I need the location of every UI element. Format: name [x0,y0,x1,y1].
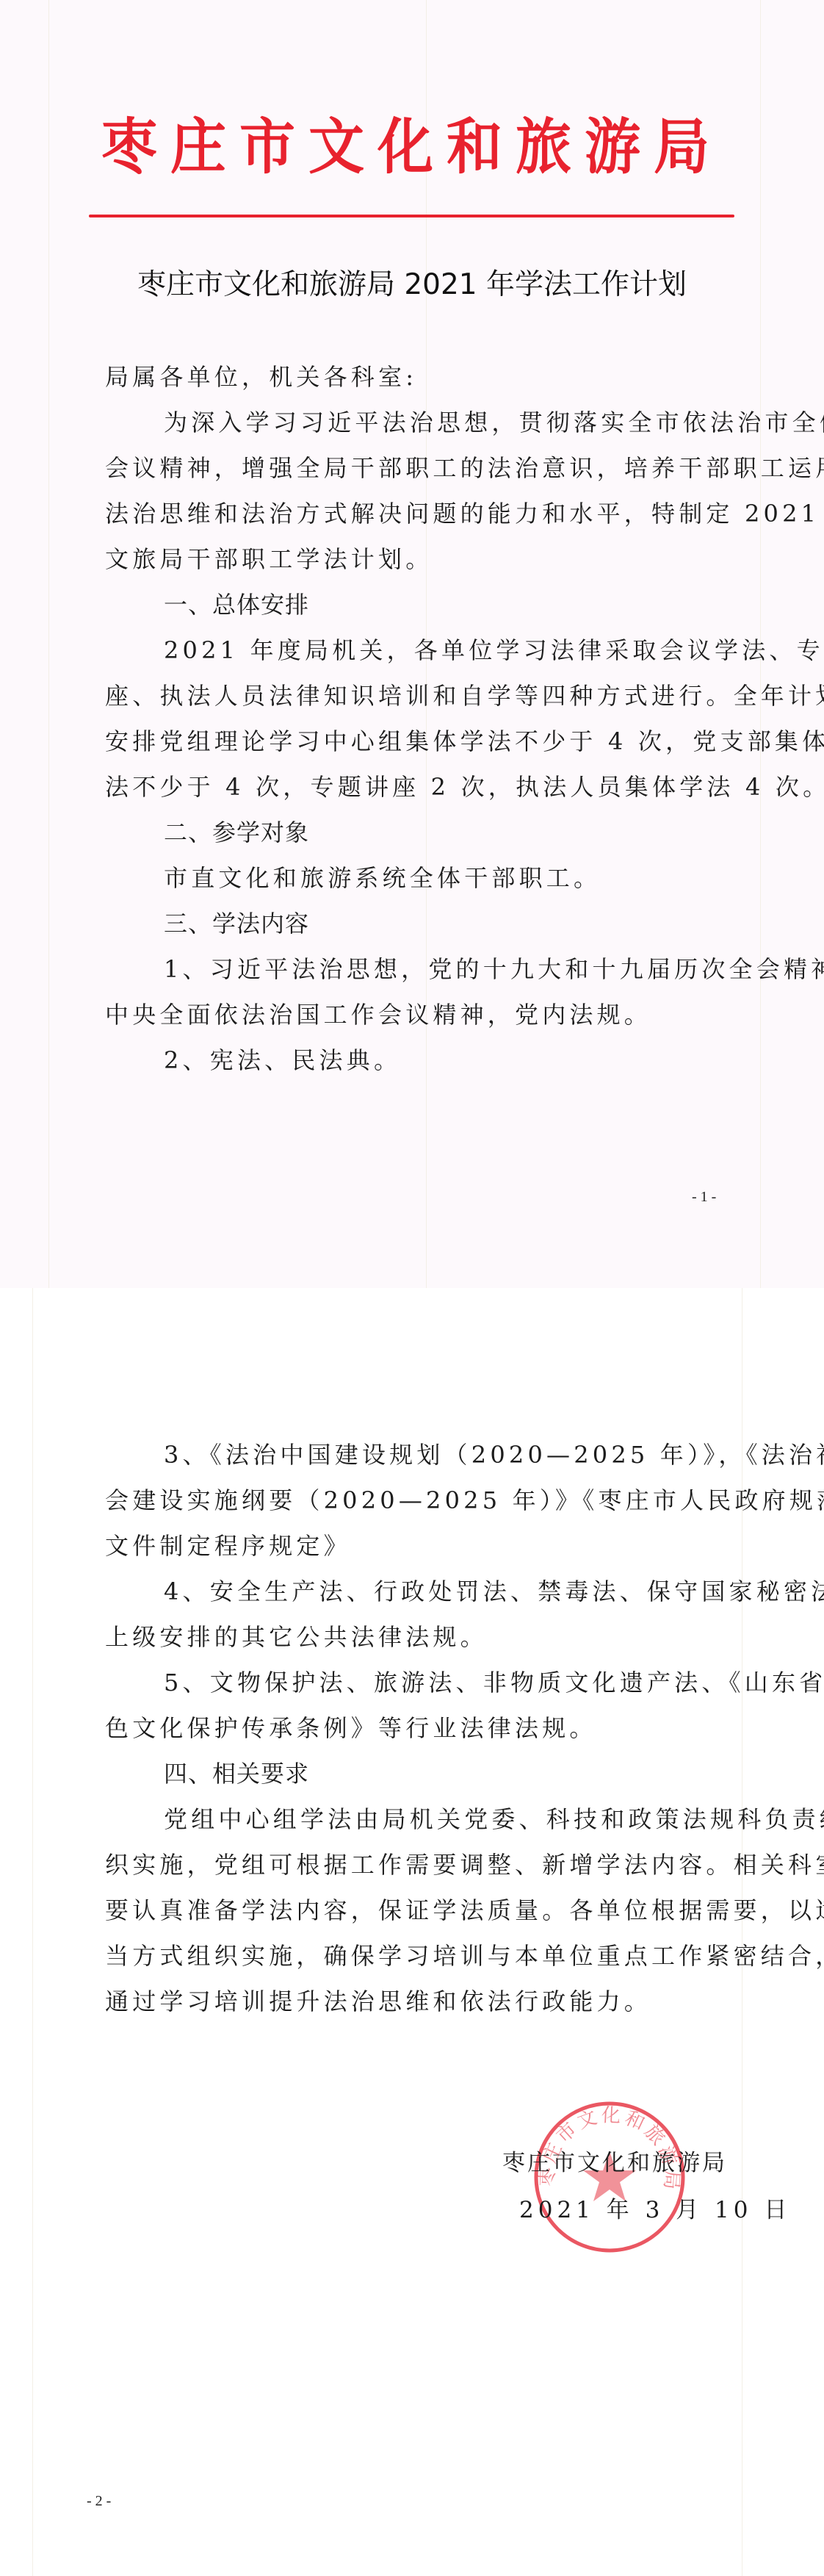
page-1: 枣庄市文化和旅游局 枣庄市文化和旅游局 2021 年学法工作计划 局属各单位，机… [0,0,824,1288]
paragraph-line: 座、执法人员法律知识培训和自学等四种方式进行。全年计划 [105,681,715,710]
scan-edge [32,1288,33,2576]
list-item-line: 5、文物保护法、旅游法、非物质文化遗产法、《山东省红 [164,1668,773,1697]
paragraph-line: 会议精神，增强全局干部职工的法治意识，培养干部职工运用 [105,453,715,483]
section-heading: 四、相关要求 [164,1759,773,1788]
paragraph-line: 党组中心组学法由局机关党委、科技和政策法规科负责组 [164,1805,773,1834]
scan-edge [48,0,49,1288]
paragraph-line: 为深入学习习近平法治思想，贯彻落实全市依法治市全体 [164,408,773,437]
list-item-line: 会建设实施纲要（2020—2025 年）》《枣庄市人民政府规范性 [105,1486,715,1515]
signature-date: 2021 年 3 月 10 日 [519,2195,791,2225]
list-item-line: 2、宪法、民法典。 [164,1046,773,1075]
letterhead-title: 枣庄市文化和旅游局 [0,107,824,187]
list-item-line: 中央全面依法治国工作会议精神，党内法规。 [105,1000,715,1029]
page-2: 3、《法治中国建设规划（2020—2025 年）》，《法治社 会建设实施纲要（2… [0,1288,824,2576]
paragraph-line: 市直文化和旅游系统全体干部职工。 [164,863,773,893]
letterhead-rule [89,215,734,217]
signature-org: 枣庄市文化和旅游局 [502,2148,727,2178]
paragraph-line: 文旅局干部职工学法计划。 [105,544,715,574]
list-item-line: 文件制定程序规定》 [105,1531,715,1561]
paragraph-line: 织实施，党组可根据工作需要调整、新增学法内容。相关科室 [105,1850,715,1879]
page-number: - 1 - [692,1189,716,1206]
list-item-line: 1、习近平法治思想，党的十九大和十九届历次全会精神及 [164,954,773,984]
page-number: - 2 - [87,2493,111,2510]
section-heading: 三、学法内容 [164,909,773,938]
list-item-line: 3、《法治中国建设规划（2020—2025 年）》，《法治社 [164,1440,773,1469]
list-item-line: 4、安全生产法、行政处罚法、禁毒法、保守国家秘密法和 [164,1577,773,1606]
paragraph-line: 法治思维和法治方式解决问题的能力和水平，特制定 2021 年市 [105,499,715,528]
paragraph-line: 2021 年度局机关，各单位学习法律采取会议学法、专题讲 [164,636,773,665]
list-item-line: 上级安排的其它公共法律法规。 [105,1622,715,1652]
scan-edge [742,1288,742,2576]
paragraph-line: 安排党组理论学习中心组集体学法不少于 4 次，党支部集体学 [105,727,715,756]
salutation: 局属各单位，机关各科室: [105,362,715,392]
list-item-line: 色文化保护传承条例》等行业法律法规。 [105,1713,715,1743]
section-heading: 一、总体安排 [164,590,773,619]
paragraph-line: 法不少于 4 次，专题讲座 2 次，执法人员集体学法 4 次。 [105,772,715,802]
document-title: 枣庄市文化和旅游局 2021 年学法工作计划 [0,266,824,304]
paragraph-line: 当方式组织实施，确保学习培训与本单位重点工作紧密结合， [105,1941,715,1971]
paragraph-line: 要认真准备学法内容，保证学法质量。各单位根据需要，以适 [105,1896,715,1925]
section-heading: 二、参学对象 [164,818,773,847]
paragraph-line: 通过学习培训提升法治思维和依法行政能力。 [105,1987,715,2016]
